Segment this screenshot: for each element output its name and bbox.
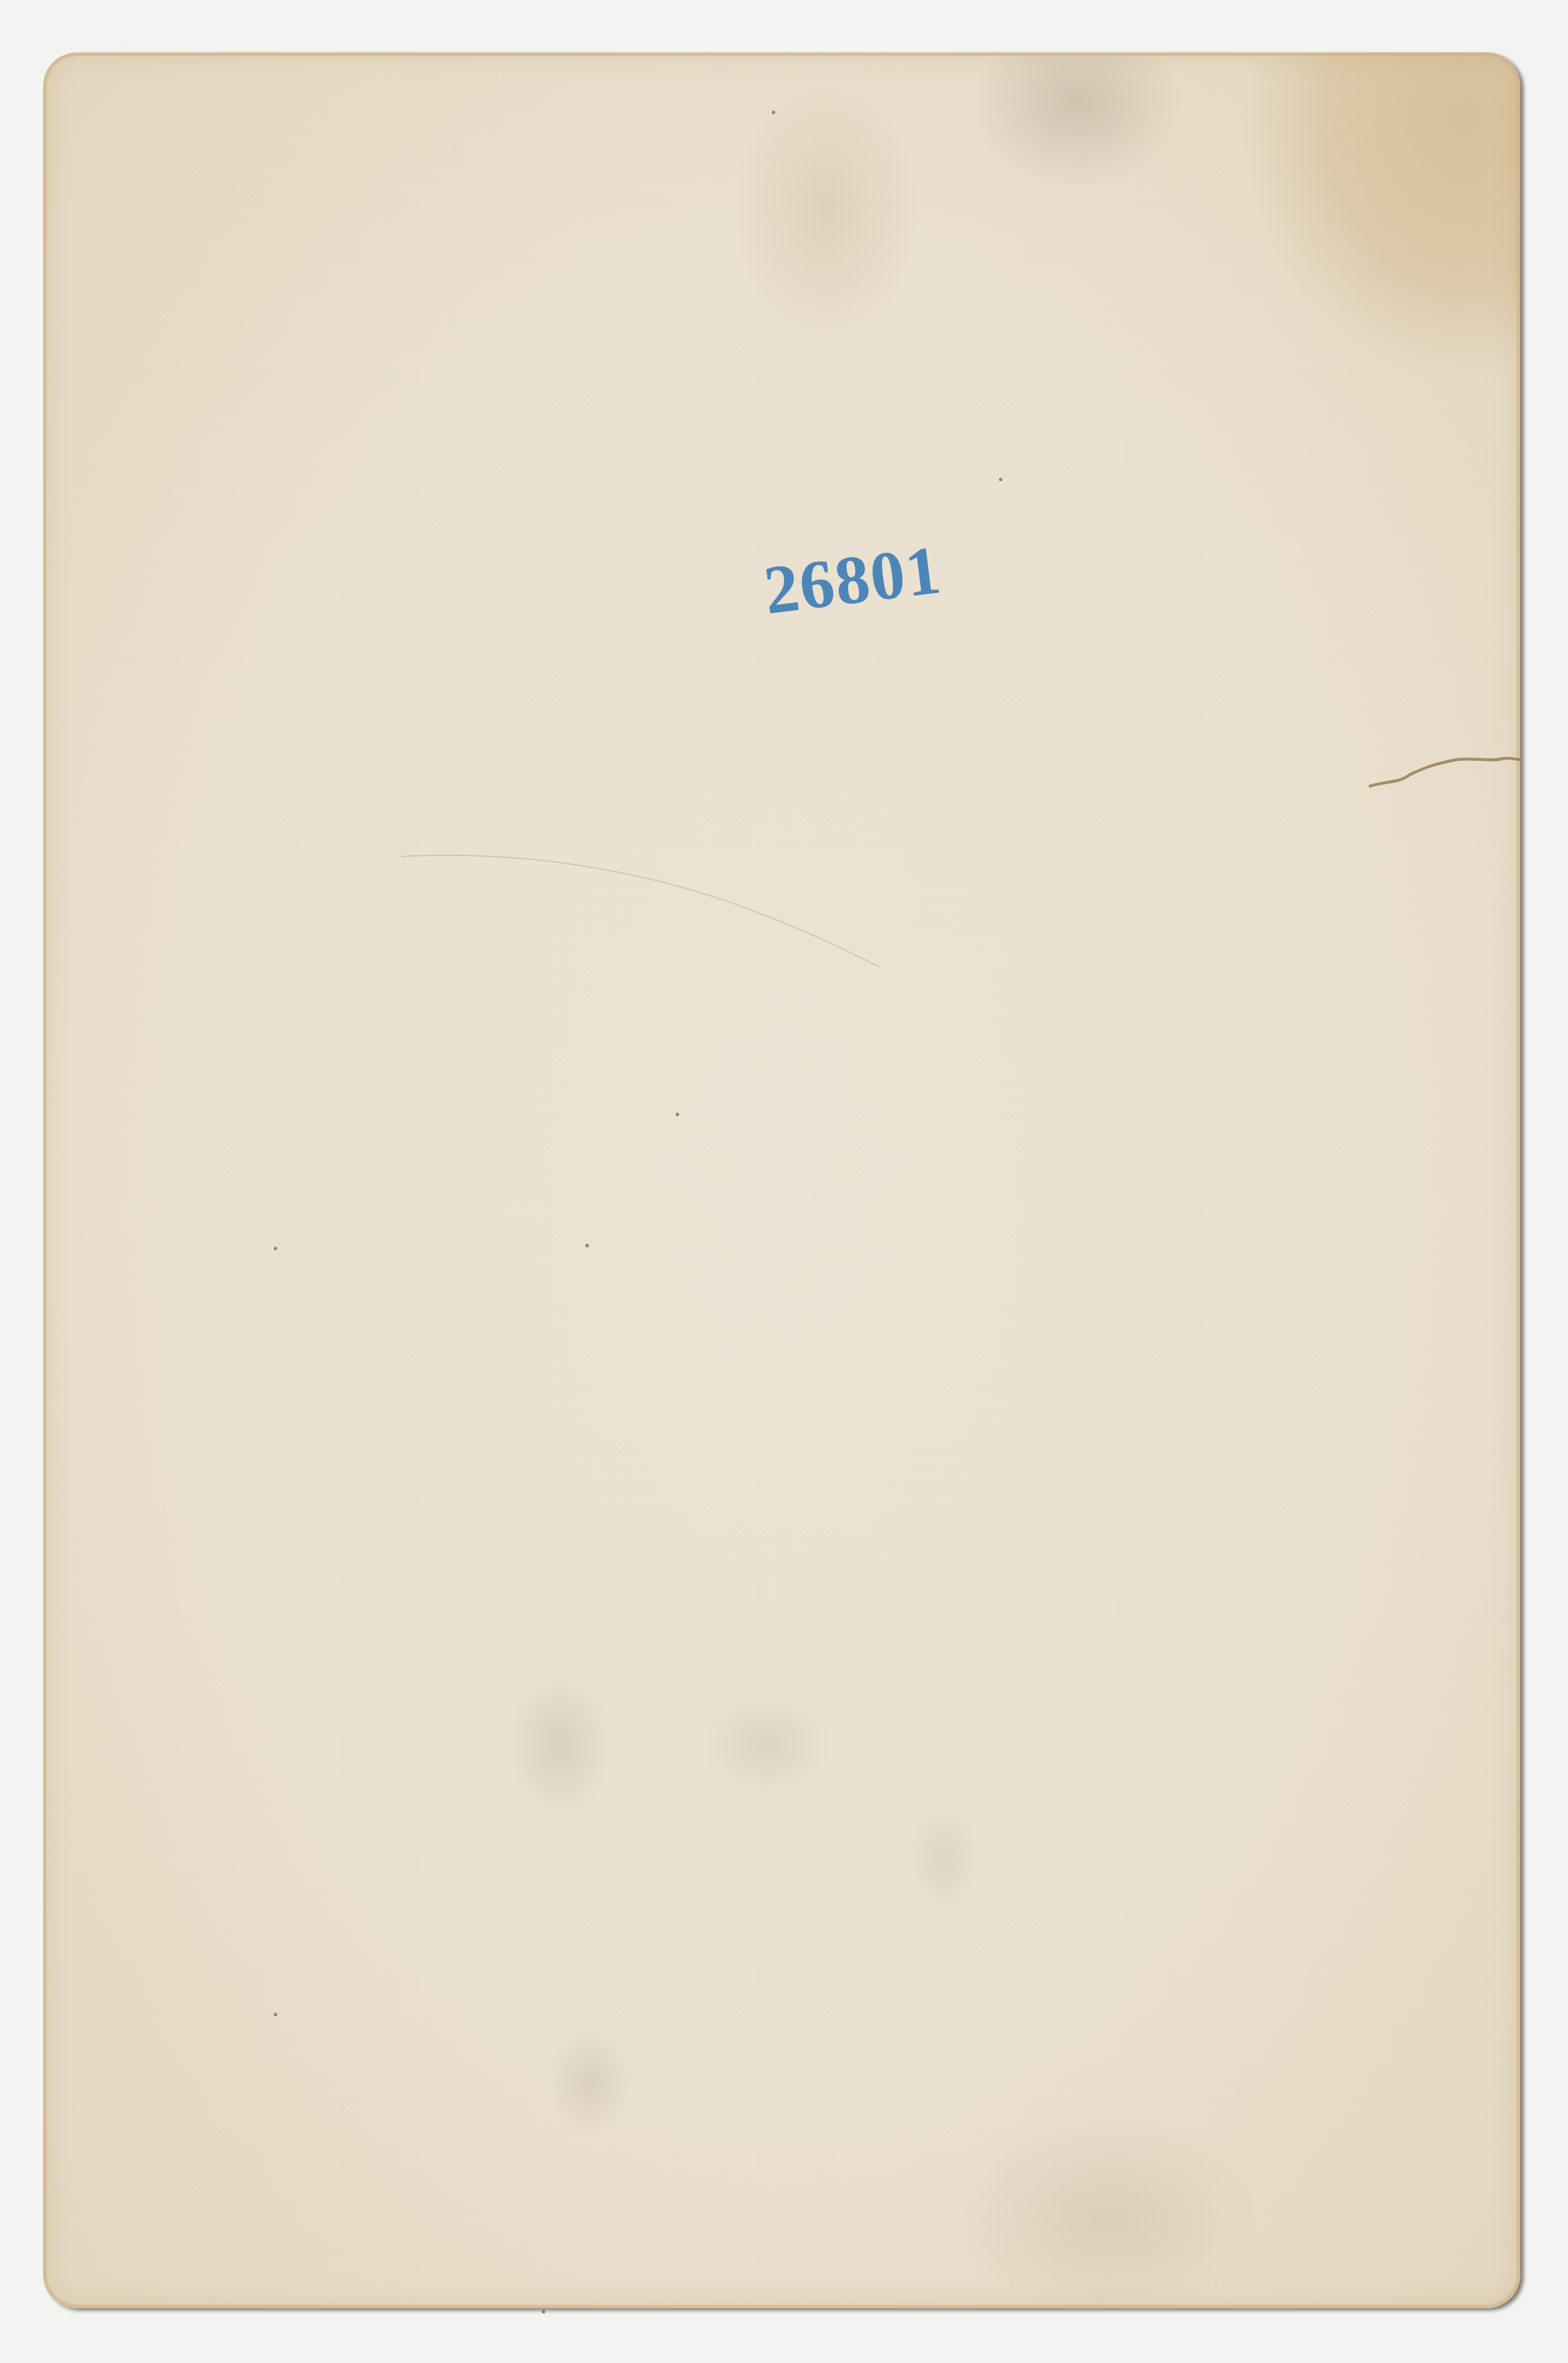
speck bbox=[274, 1247, 277, 1250]
edge-tear bbox=[1369, 752, 1520, 792]
speck bbox=[676, 1113, 679, 1116]
speck bbox=[999, 478, 1002, 481]
speck bbox=[585, 1244, 589, 1247]
surface-scratch bbox=[402, 851, 984, 967]
speck bbox=[542, 2310, 545, 2313]
speck bbox=[772, 111, 775, 114]
speck bbox=[274, 2013, 277, 2016]
card-back bbox=[43, 52, 1520, 2308]
